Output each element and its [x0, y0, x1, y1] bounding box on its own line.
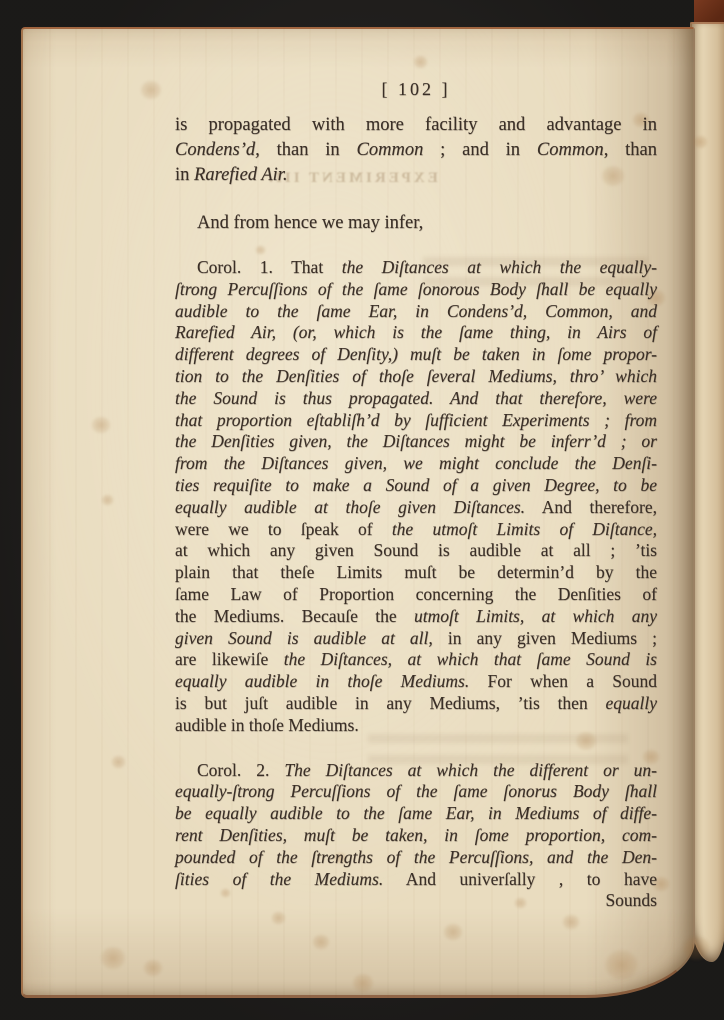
- roman-text: were we to ſpeak of: [175, 519, 392, 539]
- italic-text: equally: [605, 693, 657, 713]
- roman-text: in any given Mediums ;: [433, 628, 657, 648]
- text-line: equally audible in thoſe Mediums. For wh…: [175, 671, 657, 693]
- roman-text: at which any given Sound is audible at a…: [175, 540, 657, 560]
- roman-text: For when a Sound: [469, 671, 657, 691]
- corollary-1: Corol. 1. That the Diſtances at which th…: [175, 257, 657, 737]
- roman-text: audible in thoſe Mediums.: [175, 715, 359, 735]
- italic-text: pounded of the ſtrengths of the Percuſſi…: [175, 847, 657, 867]
- text-line: equally audible at thoſe given Diſtances…: [175, 497, 657, 519]
- text-line: Condens’d, than in Common ; and in Commo…: [175, 138, 657, 163]
- adjacent-page-edge: [690, 22, 724, 962]
- text-line: Rarefied Air, (or, which is the ſame thi…: [175, 322, 657, 344]
- text-line: the Sound is thus propagated. And that t…: [175, 388, 657, 410]
- italic-text: ſtrong Percuſſions of the ſame ſonorous …: [175, 279, 657, 299]
- italic-text: equally audible at thoſe given Diſtances…: [175, 497, 525, 517]
- book-page-photo: EXPERIMENT III. [ 102 ] is propagated wi…: [0, 0, 724, 1020]
- text-line: at which any given Sound is audible at a…: [175, 540, 657, 562]
- italic-text: different degrees of Denſity,) muſt be t…: [175, 344, 657, 364]
- text-line: be equally audible to the ſame Ear, in M…: [175, 803, 657, 825]
- roman-text: is propagated with more facility and adv…: [175, 115, 657, 135]
- text-line: ſame Law of Proportion concerning the De…: [175, 584, 657, 606]
- text-line: audible to the ſame Ear, in Condens’d, C…: [175, 301, 657, 323]
- text-line: ſities of the Mediums. And univerſally ,…: [175, 869, 657, 891]
- italic-text: the utmoſt Limits of Diſtance,: [392, 519, 657, 539]
- text-line: rent Denſities, muſt be taken, in ſome p…: [175, 825, 657, 847]
- italic-text: equally-ſtrong Percuſſions of the ſame ſ…: [175, 781, 657, 801]
- italic-text: The Diſtances at which the different or …: [284, 760, 657, 780]
- continuation-paragraph: is propagated with more facility and adv…: [175, 113, 657, 188]
- text-line: is propagated with more facility and adv…: [175, 113, 657, 138]
- roman-text: than in: [260, 140, 357, 160]
- text-line: audible in thoſe Mediums.: [175, 715, 657, 737]
- italic-text: Rarefied Air, (or, which is the ſame thi…: [175, 322, 657, 342]
- text-line: ſtrong Percuſſions of the ſame ſonorous …: [175, 279, 657, 301]
- text-line: equally-ſtrong Percuſſions of the ſame ſ…: [175, 781, 657, 803]
- roman-text: ; and in: [423, 140, 537, 160]
- italic-text: the Diſtances, at which that ſame Sound …: [284, 649, 657, 669]
- italic-text: the Diſtances at which the equally-: [342, 257, 657, 277]
- italic-text: rent Denſities, muſt be taken, in ſome p…: [175, 825, 657, 845]
- italic-text: audible to the ſame Ear, in Condens’d, C…: [175, 301, 657, 321]
- text-line: from the Diſtances given, we might concl…: [175, 453, 657, 475]
- italic-text: Common: [537, 140, 604, 160]
- text-line: pounded of the ſtrengths of the Percuſſi…: [175, 847, 657, 869]
- italic-text: the Denſities given, the Diſtances might…: [175, 431, 657, 451]
- roman-text: are likewiſe: [175, 649, 284, 669]
- roman-text: And univerſally , to have: [383, 869, 657, 889]
- italic-text: Rarefied Air.: [194, 165, 288, 185]
- roman-text: ſame Law of Proportion concerning the De…: [175, 584, 657, 604]
- inference-intro: And from hence we may infer,: [175, 211, 657, 236]
- italic-text: equally audible in thoſe Mediums.: [175, 671, 469, 691]
- book-page: EXPERIMENT III. [ 102 ] is propagated wi…: [21, 27, 695, 998]
- text-line: And from hence we may infer,: [175, 211, 657, 236]
- italic-text: the Sound is thus propagated. And that t…: [175, 388, 657, 408]
- roman-text: plain that theſe Limits muſt be determin…: [175, 562, 657, 582]
- roman-text: , than: [604, 140, 657, 160]
- roman-text: Corol. 2.: [197, 760, 284, 780]
- text-line: different degrees of Denſity,) muſt be t…: [175, 344, 657, 366]
- roman-text: And therefore,: [525, 497, 657, 517]
- text-line: the Denſities given, the Diſtances might…: [175, 431, 657, 453]
- italic-text: Condens’d,: [175, 140, 260, 160]
- text-line: given Sound is audible at all, in any gi…: [175, 628, 657, 650]
- text-line: is but juſt audible in any Mediums, ’tis…: [175, 693, 657, 715]
- page-text: [ 102 ] is propagated with more facility…: [175, 29, 657, 912]
- text-line: tion to the Denſities of thoſe ſeveral M…: [175, 366, 657, 388]
- text-line: ties requiſite to make a Sound of a give…: [175, 475, 657, 497]
- italic-text: given Sound is audible at all,: [175, 628, 433, 648]
- italic-text: from the Diſtances given, we might concl…: [175, 453, 657, 473]
- catchword: Sounds: [175, 890, 657, 912]
- italic-text: ties requiſite to make a Sound of a give…: [175, 475, 657, 495]
- text-line: Corol. 1. That the Diſtances at which th…: [175, 257, 657, 279]
- roman-text: the Mediums. Becauſe the: [175, 606, 414, 626]
- corollary-2: Corol. 2. The Diſtances at which the dif…: [175, 760, 657, 891]
- italic-text: utmoſt Limits, at which any: [414, 606, 657, 626]
- italic-text: tion to the Denſities of thoſe ſeveral M…: [175, 366, 657, 386]
- text-line: were we to ſpeak of the utmoſt Limits of…: [175, 519, 657, 541]
- italic-text: Common: [357, 140, 424, 160]
- italic-text: be equally audible to the ſame Ear, in M…: [175, 803, 657, 823]
- text-line: Corol. 2. The Diſtances at which the dif…: [175, 760, 657, 782]
- roman-text: And from hence we may infer,: [197, 213, 423, 233]
- text-line: in Rarefied Air.: [175, 163, 657, 188]
- italic-text: ſities of the Mediums.: [175, 869, 383, 889]
- page-number: [ 102 ]: [175, 77, 657, 101]
- text-line: plain that theſe Limits muſt be determin…: [175, 562, 657, 584]
- text-line: that proportion eſtabliſh’d by ſufficien…: [175, 410, 657, 432]
- text-line: the Mediums. Becauſe the utmoſt Limits, …: [175, 606, 657, 628]
- roman-text: is but juſt audible in any Mediums, ’tis…: [175, 693, 605, 713]
- paragraphs: is propagated with more facility and adv…: [175, 113, 657, 890]
- roman-text: in: [175, 165, 194, 185]
- roman-text: Corol. 1. That: [197, 257, 342, 277]
- italic-text: that proportion eſtabliſh’d by ſufficien…: [175, 410, 657, 430]
- text-line: are likewiſe the Diſtances, at which tha…: [175, 649, 657, 671]
